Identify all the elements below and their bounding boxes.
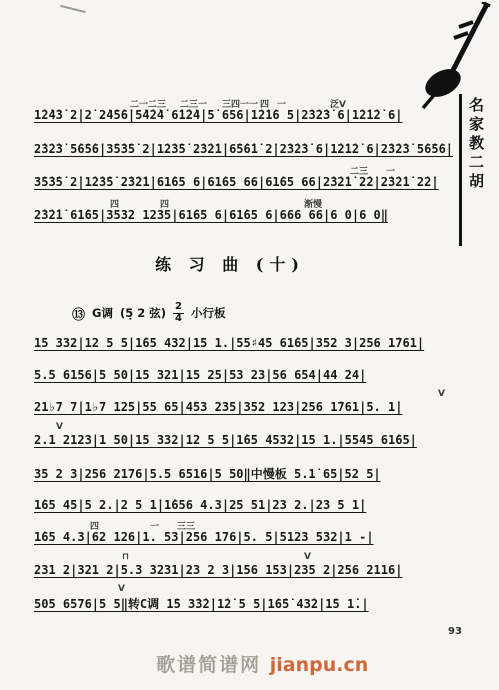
fingering-annotation: 四 bbox=[260, 97, 269, 110]
notation-row: 2̇3̇2̇3̇ 5̇6̇5̇6̇|3̇5̇3̇5̇ 2̇|1̇2̇3̇5̇ 2… bbox=[34, 142, 494, 160]
fingering-annotation: 三四一一 bbox=[222, 97, 258, 110]
notation-digits: 2̇3̇2̇1̇ 61̇65|3532 1235|61̇65 6|61̇65 6… bbox=[34, 208, 494, 222]
notation-digits: 5.5 6156|5 50|15 321|15 25|53 23|56 654|… bbox=[34, 368, 494, 382]
erhu-icon bbox=[415, 2, 493, 110]
notation-digits: 2̇3̇2̇3̇ 5̇6̇5̇6̇|3̇5̇3̇5̇ 2̇|1̇2̇3̇5̇ 2… bbox=[34, 142, 494, 156]
notation-digits: 15 332|12 5 5|1̇65 432|15 1.|55♯45 61̇65… bbox=[34, 336, 494, 350]
piece-title: 练 习 曲 (十) bbox=[0, 252, 460, 275]
harmonic-bowing-annotation: 泛V bbox=[330, 97, 346, 110]
notation-row: 四 四 渐慢 2̇3̇2̇1̇ 61̇65|3532 1235|61̇65 6|… bbox=[34, 208, 494, 226]
tempo-annotation: 渐慢 bbox=[304, 197, 322, 210]
notation-digits: 2.1 2123|1 50|15 332|12 5 5|1̇65 4532|15… bbox=[34, 433, 494, 447]
key-signature-line: ⑬ G调 (5̣ 2 弦) 2 4 小行板 bbox=[72, 302, 225, 324]
fingering-annotation: 一 bbox=[277, 97, 286, 110]
fingering-annotation: 二三一 bbox=[180, 97, 207, 110]
scanned-music-page: 名家教二胡 二一二三 二三一 三四一一 四 一 泛V 1̇2̇4̇3̇ 2̇|2… bbox=[0, 0, 499, 690]
fingering-annotation: 二一二三 bbox=[130, 97, 166, 110]
fingering-annotation: 三三 bbox=[177, 519, 195, 532]
notation-digits: 505 6576|5 5‖转C调 1̇5 3̇3̇2̇|1̇2̇ 5 5|1̇6… bbox=[34, 595, 494, 612]
bowing-annotation: ⊓ bbox=[122, 552, 129, 562]
notation-row: ⊓ V 231 2|321 2|5.3 3231|23 2 3|156 153|… bbox=[34, 563, 494, 581]
notation-row: 35 2 3|256 2176|5.5 6516|5 50‖中慢板 5.1̇ 6… bbox=[34, 465, 494, 483]
bowing-annotation: V bbox=[304, 552, 311, 562]
tuning-strings-label: (5̣ 2 弦) bbox=[120, 305, 166, 321]
notation-row: 二三 一 3̇5̇3̇5̇ 2̇|1̇2̇3̇5̇ 2̇3̇2̇1̇|61̇65… bbox=[34, 175, 494, 193]
notation-row: 15 332|12 5 5|1̇65 432|15 1.|55♯45 61̇65… bbox=[34, 336, 494, 354]
notation-row: V 2.1 2123|1 50|15 332|12 5 5|1̇65 4532|… bbox=[34, 433, 494, 451]
notation-digits: 35 2 3|256 2176|5.5 6516|5 50‖中慢板 5.1̇ 6… bbox=[34, 465, 494, 482]
time-signature: 2 4 bbox=[173, 302, 184, 324]
bowing-annotation: V bbox=[118, 584, 125, 594]
fingering-annotation: 四 bbox=[110, 197, 119, 210]
exercise-number-badge: ⑬ bbox=[72, 304, 85, 323]
bowing-annotation: V bbox=[56, 422, 63, 432]
notation-digits: 1̇65 4.3|62 126|1. 53|256 176|5. 5|5123 … bbox=[34, 530, 494, 544]
notation-row: 5.5 6156|5 50|15 321|15 25|53 23|56 654|… bbox=[34, 368, 494, 386]
notation-row: 四 一 三三 1̇65 4.3|62 126|1. 53|256 176|5. … bbox=[34, 530, 494, 548]
watermark: 歌谱简谱网 jianpu.cn bbox=[156, 650, 368, 677]
fingering-annotation: 四 bbox=[90, 519, 99, 532]
notation-digits: 3̇5̇3̇5̇ 2̇|1̇2̇3̇5̇ 2̇3̇2̇1̇|61̇65 6|61… bbox=[34, 175, 494, 189]
tempo-label: 小行板 bbox=[191, 305, 226, 321]
watermark-site-name: 歌谱简谱网 bbox=[156, 654, 270, 676]
fingering-annotation: 二三 bbox=[350, 164, 368, 177]
notation-digits: 1̇2̇4̇3̇ 2̇|2̇ 2̇4̇5̇6̇|5̇4̇2̇4̇ 6̇1̇2̇4… bbox=[34, 108, 494, 122]
time-signature-denominator: 4 bbox=[175, 314, 182, 325]
bowing-annotation: V bbox=[438, 389, 445, 399]
notation-digits: 21♭7 7|1♭7 125|55 65|453 235|352 123|256… bbox=[34, 400, 494, 414]
notation-row: 1̇65 45|5 2.|2 5 1̇|1̇656 4.3|25 51|23 2… bbox=[34, 498, 494, 516]
notation-row: V 21♭7 7|1♭7 125|55 65|453 235|352 123|2… bbox=[34, 400, 494, 418]
scan-scratch-mark bbox=[60, 5, 86, 13]
notation-digits: 1̇65 45|5 2.|2 5 1̇|1̇656 4.3|25 51|23 2… bbox=[34, 498, 494, 512]
notation-digits: 231 2|321 2|5.3 3231|23 2 3|156 153|235 … bbox=[34, 563, 494, 577]
fingering-annotation: 一 bbox=[150, 519, 159, 532]
time-signature-numerator: 2 bbox=[173, 302, 184, 314]
key-label: G调 bbox=[92, 305, 113, 321]
notation-row: 二一二三 二三一 三四一一 四 一 泛V 1̇2̇4̇3̇ 2̇|2̇ 2̇4̇… bbox=[34, 108, 494, 126]
watermark-site-url: jianpu.cn bbox=[270, 654, 369, 676]
notation-row: V 505 6576|5 5‖转C调 1̇5 3̇3̇2̇|1̇2̇ 5 5|1… bbox=[34, 595, 494, 613]
page-number: 93 bbox=[448, 626, 462, 637]
fingering-annotation: 一 bbox=[386, 164, 395, 177]
fingering-annotation: 四 bbox=[160, 197, 169, 210]
